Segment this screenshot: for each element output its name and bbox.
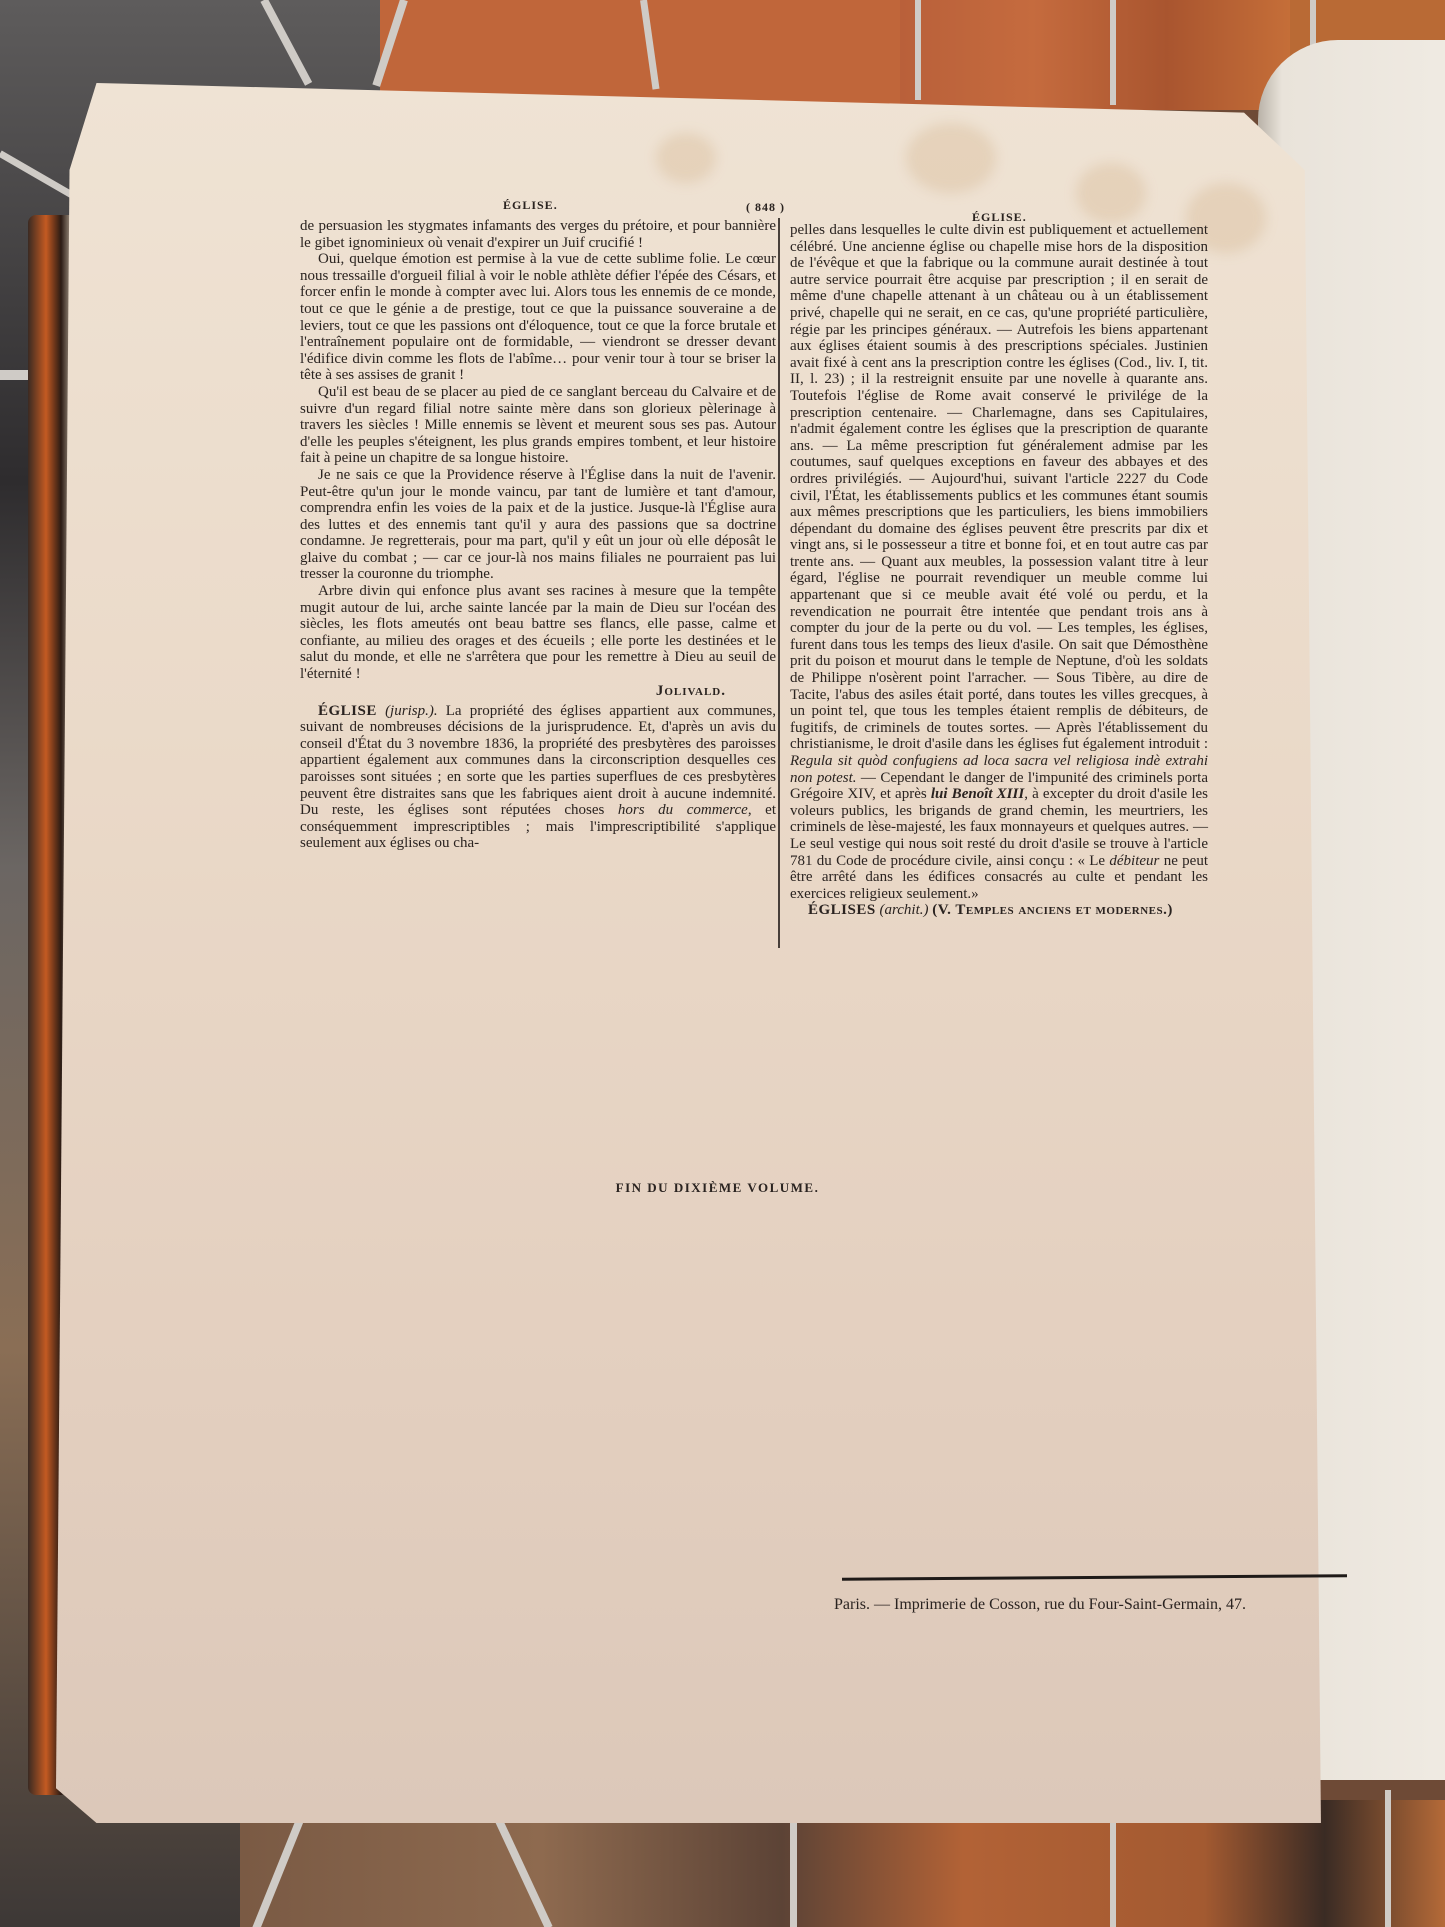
- author-signature: Jolivald.: [656, 683, 726, 700]
- entry-headword: ÉGLISE: [318, 703, 377, 719]
- paragraph: pelles dans lesquelles le culte divin es…: [790, 222, 1208, 902]
- right-column: pelles dans lesquelles le culte divin es…: [790, 222, 1208, 919]
- running-head-left: ÉGLISE.: [503, 198, 558, 213]
- imprint-rule: [842, 1574, 1347, 1581]
- paragraph: Je ne sais ce que la Providence réserve …: [300, 467, 776, 583]
- paragraph: Qu'il est beau de se placer au pied de c…: [300, 384, 776, 467]
- end-of-volume-note: FIN DU DIXIÈME VOLUME.: [0, 1180, 1445, 1196]
- printer-imprint: Paris. — Imprimerie de Cosson, rue du Fo…: [834, 1596, 1246, 1614]
- entry-headword: ÉGLISES: [808, 902, 876, 918]
- paragraph: de persuasion les stygmates infamants de…: [300, 218, 776, 251]
- entry-italic: hors du commerce: [618, 802, 748, 818]
- archit-entry: ÉGLISES (archit.) (V. Temples anciens et…: [790, 902, 1208, 919]
- paragraph: Arbre divin qui enfonce plus avant ses r…: [300, 583, 776, 683]
- entry-italic: débiteur: [1109, 853, 1159, 869]
- entry-text: pelles dans lesquelles le culte divin es…: [790, 222, 1208, 752]
- page-number: ( 848 ): [746, 200, 785, 215]
- entry-text: La propriété des églises appartient aux …: [300, 703, 776, 819]
- page-text: ÉGLISE. ( 848 ) ÉGLISE. de persuasion le…: [0, 0, 1445, 1927]
- paragraph: Oui, quelque émotion est permise à la vu…: [300, 251, 776, 384]
- end-note-text: FIN DU DIXIÈME VOLUME.: [616, 1180, 820, 1195]
- cross-reference: (V. Temples anciens et modernes.): [932, 902, 1173, 918]
- entry-italic: lui Benoît XIII: [931, 786, 1024, 802]
- jurisp-entry: ÉGLISE (jurisp.). La propriété des églis…: [300, 703, 776, 852]
- entry-qualifier: (jurisp.).: [385, 703, 438, 719]
- column-divider: [778, 218, 780, 948]
- left-column: de persuasion les stygmates infamants de…: [300, 218, 776, 852]
- entry-qualifier: (archit.): [879, 902, 928, 918]
